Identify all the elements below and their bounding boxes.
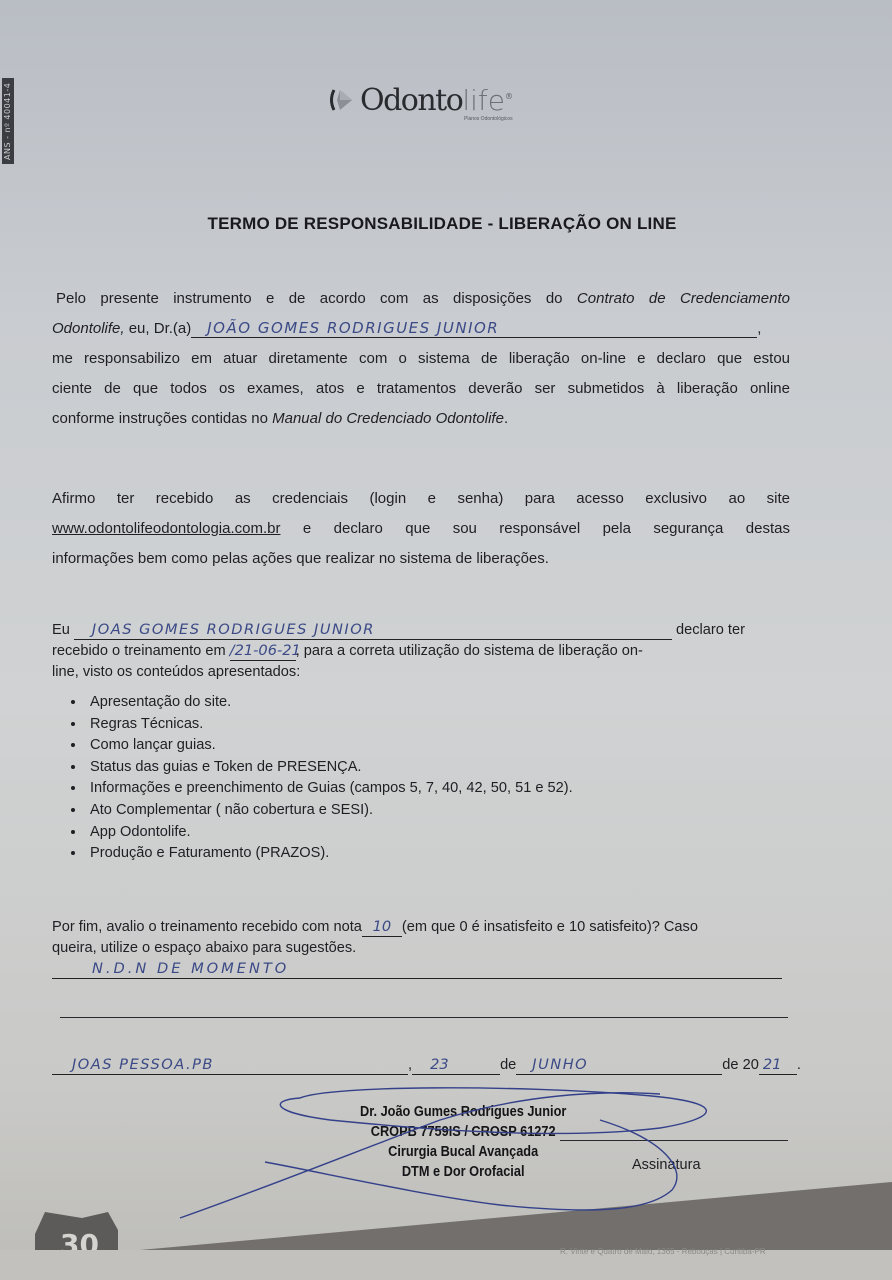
p2-line2-text: e declaro que sou responsável pela segur…	[303, 520, 790, 537]
p1-comma: ,	[757, 320, 761, 337]
doctor-stamp: Dr. João Gumes Rodrigues Junior CROPB 77…	[360, 1102, 566, 1182]
p1-line5: conforme instruções contidas no Manual d…	[52, 404, 790, 434]
eu-label: Eu	[52, 622, 70, 638]
dr-label: eu, Dr.(a)	[129, 320, 192, 337]
evaluation-question: Por fim, avalio o treinamento recebido c…	[52, 919, 362, 935]
training-line3: line, visto os conteúdos apresentados:	[52, 662, 790, 683]
logo-tagline: Planos Odontológicos	[464, 116, 513, 122]
training-declaration: Eu JOAS GOMES RODRIGUES JUNIOR declaro t…	[52, 620, 790, 683]
p1-line3: me responsabilizo em atuar diretamente c…	[52, 344, 790, 374]
evaluation-line2: queira, utilize o espaço abaixo para sug…	[52, 938, 790, 959]
topic-item: App Odontolife.	[86, 822, 573, 844]
topic-item: Como lançar guias.	[86, 735, 573, 757]
ans-registration-code: ANS - nº 40041-4	[2, 78, 14, 164]
registered-mark: ®	[505, 92, 512, 101]
stamp-line: CROPB 7759IS / CROSP 61272	[360, 1122, 566, 1142]
evaluation-line1: Por fim, avalio o treinamento recebido c…	[52, 917, 790, 938]
p1-line1: Pelo presente instrumento e de acordo co…	[52, 284, 790, 314]
paragraph-credentials: Afirmo ter recebido as credenciais (logi…	[52, 484, 790, 574]
p1-period: .	[504, 410, 508, 427]
city-field[interactable]: JOAS PESSOA.PB	[52, 1056, 408, 1075]
topic-item: Ato Complementar ( não cobertura e SESI)…	[86, 800, 573, 822]
day-field[interactable]: 23	[412, 1056, 500, 1075]
website-link[interactable]: www.odontolifeodontologia.com.br	[52, 520, 280, 537]
logo-brand-life: life	[462, 84, 505, 117]
de-label: de	[500, 1057, 516, 1073]
logo-brand-main: Odonto	[360, 83, 462, 118]
footer-band-shape	[140, 1182, 892, 1250]
p1-line2: Odontolife, eu, Dr.(a)JOÃO GOMES RODRIGU…	[52, 314, 790, 344]
training-line1: Eu JOAS GOMES RODRIGUES JUNIOR declaro t…	[52, 620, 790, 641]
p1-line5-text: conforme instruções contidas no	[52, 410, 268, 427]
received-label: recebido o treinamento em	[52, 643, 226, 659]
stamp-line: DTM e Dor Orofacial	[360, 1162, 566, 1182]
p2-line3: informações bem como pelas ações que rea…	[52, 544, 790, 574]
score-field[interactable]: 10	[362, 918, 402, 937]
paragraph-responsibility: Pelo presente instrumento e de acordo co…	[52, 284, 790, 434]
declaro-ter-label: declaro ter	[676, 622, 745, 638]
stamp-line: Dr. João Gumes Rodrigues Junior	[360, 1102, 566, 1122]
odontolife-logo: Odontolife® Planos Odontológicos	[328, 82, 511, 116]
contract-name: Contrato de Credenciamento	[577, 290, 790, 307]
page-badge-shape	[35, 1212, 118, 1250]
suggestion-line1: N.D.N DE MOMENTO	[52, 959, 790, 980]
evaluation-section: Por fim, avalio o treinamento recebido c…	[52, 917, 790, 980]
dentist-name-field[interactable]: JOÃO GOMES RODRIGUES JUNIOR	[191, 319, 757, 338]
topic-item: Status das guias e Token de PRESENÇA.	[86, 757, 573, 779]
signature-label: Assinatura	[632, 1157, 701, 1173]
period: .	[797, 1057, 801, 1073]
suggestion-line2[interactable]	[60, 1017, 788, 1018]
manual-name: Manual do Credenciado Odontolife	[272, 410, 504, 427]
year-prefix: de 20	[722, 1057, 759, 1073]
stamp-line: Cirurgia Bucal Avançada	[360, 1142, 566, 1162]
diamond-logo-icon	[328, 86, 356, 114]
place-date-line: JOAS PESSOA.PB,23deJUNHOde 2021.	[52, 1055, 790, 1075]
training-line2: recebido o treinamento em /21-06-21, par…	[52, 641, 790, 662]
company-name: Odontolife,	[52, 320, 125, 337]
suggestion-field[interactable]: N.D.N DE MOMENTO	[52, 960, 782, 979]
topic-item: Apresentação do site.	[86, 692, 573, 714]
place-date-row: JOAS PESSOA.PB,23deJUNHOde 2021.	[52, 1055, 790, 1075]
p2-line1: Afirmo ter recebido as credenciais (logi…	[52, 484, 790, 514]
p2-line2: www.odontolifeodontologia.com.br e decla…	[52, 514, 790, 544]
document-page: ANS - nº 40041-4 Odontolife® Planos Odon…	[0, 0, 892, 1280]
footer-address: R. Vinte e Quatro de Maio, 1365 - Rebouç…	[560, 1247, 766, 1256]
month-field[interactable]: JUNHO	[516, 1056, 722, 1075]
evaluation-scale: (em que 0 é insatisfeito e 10 satisfeito…	[402, 919, 698, 935]
page-number: 30	[60, 1228, 99, 1261]
training-date-field[interactable]: /21-06-21	[230, 642, 296, 661]
year-field[interactable]: 21	[759, 1056, 797, 1075]
p1-line1-text: Pelo presente instrumento e de acordo co…	[56, 290, 563, 307]
signature-line	[560, 1140, 788, 1141]
topic-item: Regras Técnicas.	[86, 714, 573, 736]
received-rest: , para a correta utilização do sistema d…	[296, 643, 643, 659]
logo-wordmark: Odontolife®	[360, 82, 511, 116]
p1-line4: ciente de que todos os exames, atos e tr…	[52, 374, 790, 404]
trainee-name-field[interactable]: JOAS GOMES RODRIGUES JUNIOR	[74, 621, 672, 640]
topic-item: Produção e Faturamento (PRAZOS).	[86, 843, 573, 865]
training-topics-list: Apresentação do site. Regras Técnicas. C…	[52, 692, 573, 865]
topic-item: Informações e preenchimento de Guias (ca…	[86, 778, 573, 800]
document-title: TERMO DE RESPONSABILIDADE - LIBERAÇÃO ON…	[22, 214, 862, 234]
